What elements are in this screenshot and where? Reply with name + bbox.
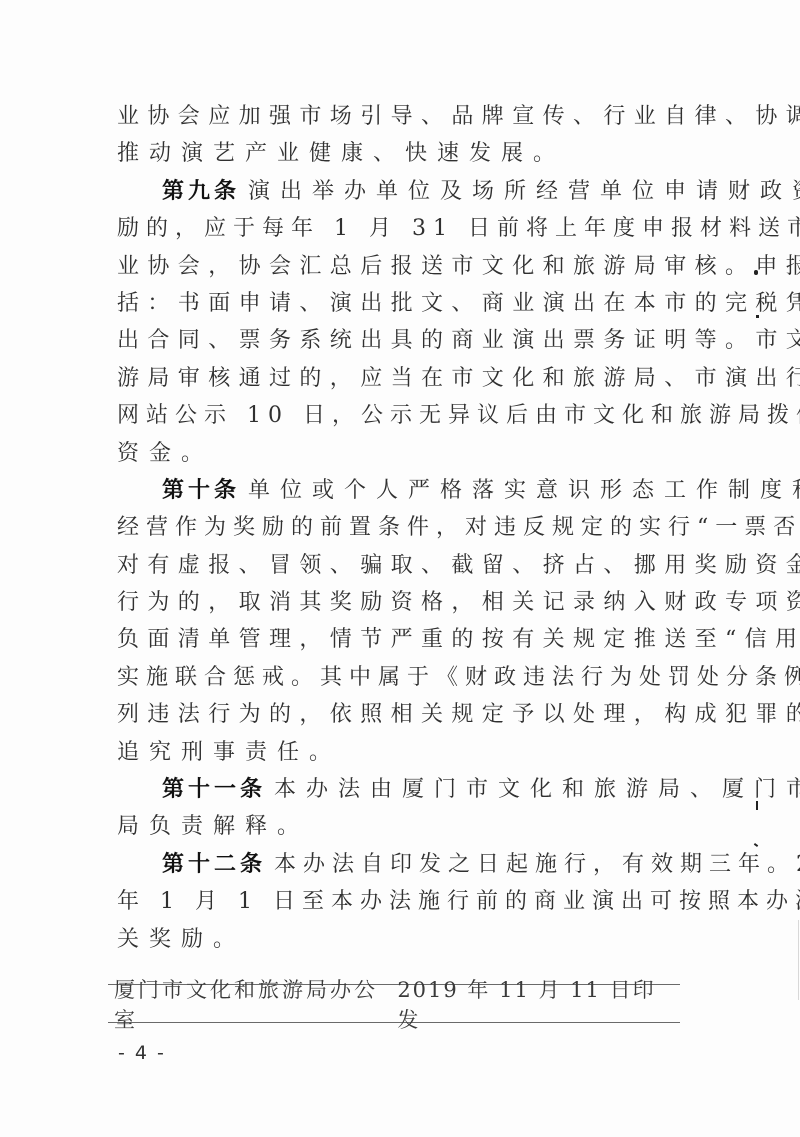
article-9-label: 第九条 — [162, 178, 240, 204]
text-line: 括：书面申请、演出批文、商业演出在本市的完税凭证、演 — [117, 285, 677, 322]
footer-row: 厦门市文化和旅游局办公室 2019 年 11 月 11 日印发 — [108, 985, 680, 1022]
text-line: 追究刑事责任。 — [117, 734, 677, 771]
article-9-first-line: 第九条演出举办单位及场所经营单位申请财政资金奖 — [117, 173, 677, 210]
article-10-label: 第十条 — [162, 477, 240, 503]
issuer-name: 厦门市文化和旅游局办公室 — [114, 974, 397, 1034]
document-body: 业协会应加强市场引导、品牌宣传、行业自律、协调沟通， 推动演艺产业健康、快速发展… — [117, 98, 677, 958]
text-line: 出合同、票务系统出具的商业演出票务证明等。市文化和旅 — [117, 322, 677, 359]
scan-speck — [756, 801, 758, 810]
issue-date: 2019 年 11 月 11 日印发 — [397, 974, 674, 1034]
article-11-label: 第十一条 — [162, 776, 266, 802]
text-line: 关奖励。 — [117, 921, 677, 958]
page-number: - 4 - — [118, 1042, 166, 1064]
text-line: 行为的，取消其奖励资格，相关记录纳入财政专项资金信用 — [117, 584, 677, 621]
scan-edge-line — [798, 920, 799, 1000]
text-line: 局负责解释。 — [117, 808, 677, 845]
text-line: 列违法行为的，依照相关规定予以处理，构成犯罪的，依法 — [117, 696, 677, 733]
text-line: 实施联合惩戒。其中属于《财政违法行为处罚处分条例》所 — [117, 659, 677, 696]
text-line: 负面清单管理，情节严重的按有关规定推送至“信用厦门” — [117, 621, 677, 658]
article-11-text: 本办法由厦门市文化和旅游局、厦门市财政 — [274, 777, 800, 802]
text-line: 游局审核通过的，应当在市文化和旅游局、市演出行业协会 — [117, 360, 677, 397]
text-line: 励的，应于每年 1 月 31 日前将上年度申报材料送市演出行 — [117, 210, 677, 247]
scan-speck — [754, 270, 758, 275]
text-line: 网站公示 10 日，公示无异议后由市文化和旅游局拨付奖励 — [117, 397, 677, 434]
article-12-first-line: 第十二条本办法自印发之日起施行，有效期三年。2019 — [117, 846, 677, 883]
article-12-label: 第十二条 — [162, 851, 266, 877]
text-line: 经营作为奖励的前置条件，对违反规定的实行“一票否决”。 — [117, 509, 677, 546]
article-11-first-line: 第十一条本办法由厦门市文化和旅游局、厦门市财政 — [117, 771, 677, 808]
article-10-first-line: 第十条单位或个人严格落实意识形态工作制度和守法 — [117, 472, 677, 509]
scan-speck — [754, 843, 758, 847]
article-12-text: 本办法自印发之日起施行，有效期三年。2019 — [274, 852, 800, 877]
text-line: 资金。 — [117, 435, 677, 472]
text-line: 年 1 月 1 日至本办法施行前的商业演出可按照本办法享受有 — [117, 883, 677, 920]
text-line: 业协会应加强市场引导、品牌宣传、行业自律、协调沟通， — [117, 98, 677, 135]
article-9-text: 演出举办单位及场所经营单位申请财政资金奖 — [248, 179, 800, 204]
article-10-text: 单位或个人严格落实意识形态工作制度和守法 — [248, 478, 800, 503]
text-line: 业协会，协会汇总后报送市文化和旅游局审核。申报材料包 — [117, 248, 677, 285]
scan-speck — [756, 315, 759, 318]
text-line: 推动演艺产业健康、快速发展。 — [117, 135, 677, 172]
text-line: 对有虚报、冒领、骗取、截留、挤占、挪用奖励资金等违法 — [117, 547, 677, 584]
document-page: 业协会应加强市场引导、品牌宣传、行业自律、协调沟通， 推动演艺产业健康、快速发展… — [0, 0, 800, 1137]
issuance-footer: 厦门市文化和旅游局办公室 2019 年 11 月 11 日印发 — [108, 984, 680, 1023]
